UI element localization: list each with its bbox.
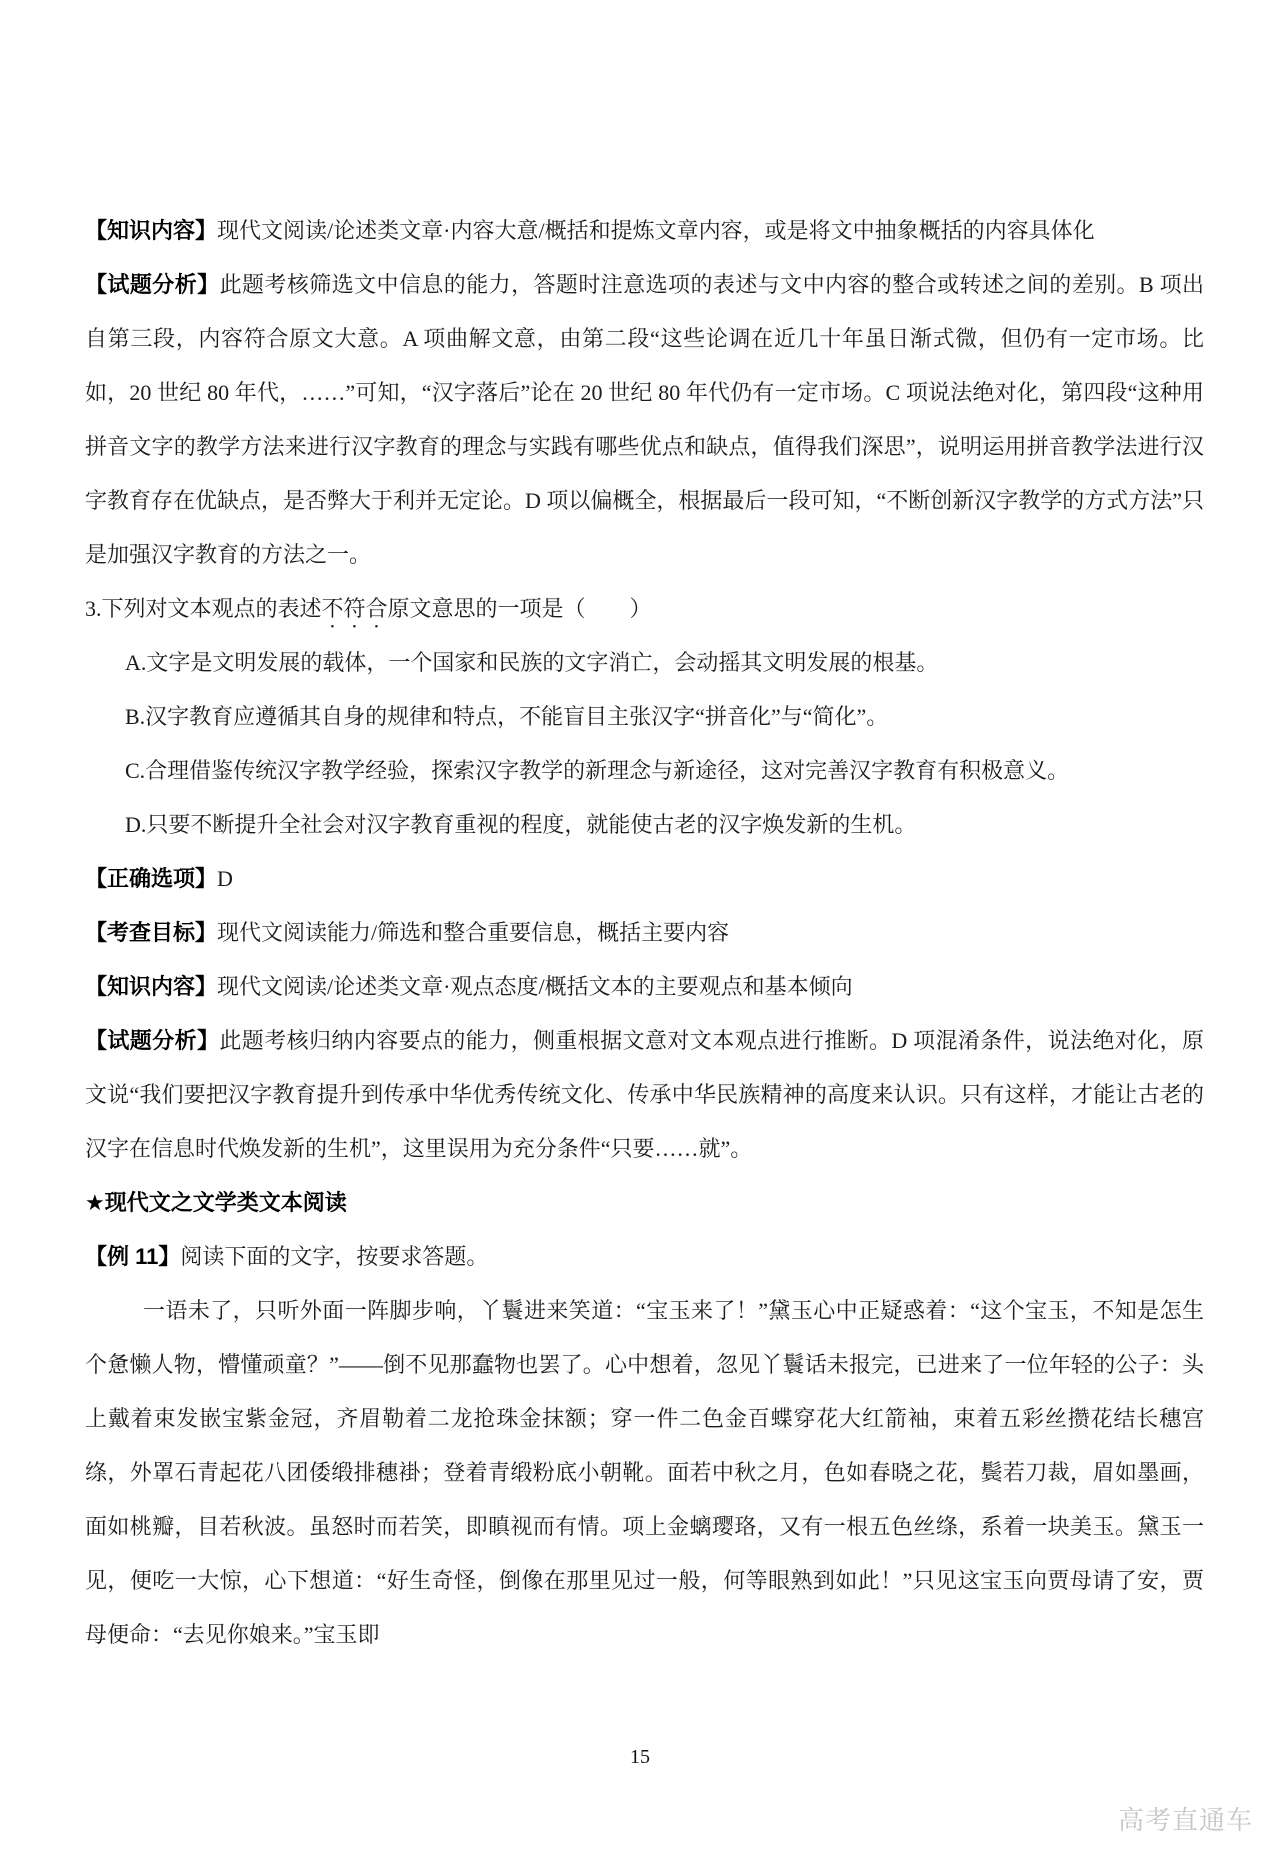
question-3-option-d: D.只要不断提升全社会对汉字教育重视的程度，就能使古老的汉字焕发新的生机。 [85,798,1204,852]
question-analysis-2-label: 【试题分析】 [85,1028,219,1053]
example-11-label: 【例 11】 [85,1244,180,1269]
question-analysis-2-text: 此题考核归纳内容要点的能力，侧重根据文意对文本观点进行推断。D 项混淆条件，说法… [85,1028,1204,1161]
option-b-text: B.汉字教育应遵循其自身的规律和特点，不能盲目主张汉字“拼音化”与“简化”。 [125,704,888,729]
knowledge-content-1-paragraph: 【知识内容】现代文阅读/论述类文章·内容大意/概括和提炼文章内容，或是将文中抽象… [85,204,1204,258]
question-analysis-2-paragraph: 【试题分析】此题考核归纳内容要点的能力，侧重根据文意对文本观点进行推断。D 项混… [85,1014,1204,1176]
reading-passage: 一语未了，只听外面一阵脚步响，丫鬟进来笑道：“宝玉来了！”黛玉心中正疑惑着：“这… [85,1284,1204,1662]
document-content: 【知识内容】现代文阅读/论述类文章·内容大意/概括和提炼文章内容，或是将文中抽象… [85,204,1204,1662]
question-3-option-b: B.汉字教育应遵循其自身的规律和特点，不能盲目主张汉字“拼音化”与“简化”。 [85,690,1204,744]
correct-answer-paragraph: 【正确选项】D [85,852,1204,906]
option-c-text: C.合理借鉴传统汉字教学经验，探索汉字教学的新理念与新途径，这对完善汉字教育有积… [125,758,1069,783]
example-11-paragraph: 【例 11】阅读下面的文字，按要求答题。 [85,1230,1204,1284]
question-3-option-a: A.文字是文明发展的载体，一个国家和民族的文字消亡，会动摇其文明发展的根基。 [85,636,1204,690]
exam-target-text: 现代文阅读能力/筛选和整合重要信息，概括主要内容 [217,920,729,945]
knowledge-content-2-label: 【知识内容】 [85,974,217,999]
knowledge-content-2-paragraph: 【知识内容】现代文阅读/论述类文章·观点态度/概括文本的主要观点和基本倾向 [85,960,1204,1014]
knowledge-content-1-text: 现代文阅读/论述类文章·内容大意/概括和提炼文章内容，或是将文中抽象概括的内容具… [217,218,1095,243]
question-3-option-c: C.合理借鉴传统汉字教学经验，探索汉字教学的新理念与新途径，这对完善汉字教育有积… [85,744,1204,798]
question-3-stem: 3.下列对文本观点的表述不符合原文意思的一项是（ ） [85,582,1204,636]
correct-answer-value: D [217,866,233,891]
question-analysis-1-label: 【试题分析】 [85,272,220,297]
question-analysis-1-paragraph: 【试题分析】此题考核筛选文中信息的能力，答题时注意选项的表述与文中内容的整合或转… [85,258,1204,582]
question-analysis-1-text: 此题考核筛选文中信息的能力，答题时注意选项的表述与文中内容的整合或转述之间的差别… [85,272,1204,567]
option-d-text: D.只要不断提升全社会对汉字教育重视的程度，就能使古老的汉字焕发新的生机。 [125,812,916,837]
question-3-suffix: 原文意思的一项是（ ） [388,596,652,621]
knowledge-content-2-text: 现代文阅读/论述类文章·观点态度/概括文本的主要观点和基本倾向 [217,974,853,999]
correct-answer-label: 【正确选项】 [85,866,217,891]
exam-target-paragraph: 【考查目标】现代文阅读能力/筛选和整合重要信息，概括主要内容 [85,906,1204,960]
section-heading-literary-text-reading: ★现代文之文学类文本阅读 [85,1176,1204,1230]
exam-target-label: 【考查目标】 [85,920,217,945]
knowledge-content-1-label: 【知识内容】 [85,218,217,243]
page-number: 15 [0,1742,1280,1772]
example-11-text: 阅读下面的文字，按要求答题。 [180,1244,488,1269]
document-page: 【知识内容】现代文阅读/论述类文章·内容大意/概括和提炼文章内容，或是将文中抽象… [0,0,1280,1858]
watermark-text: 高考直通车 [1118,1804,1253,1836]
question-3-emphasized-text: 不符合 [322,596,388,621]
question-3-prefix: 3.下列对文本观点的表述 [85,596,322,621]
option-a-text: A.文字是文明发展的载体，一个国家和民族的文字消亡，会动摇其文明发展的根基。 [125,650,938,675]
